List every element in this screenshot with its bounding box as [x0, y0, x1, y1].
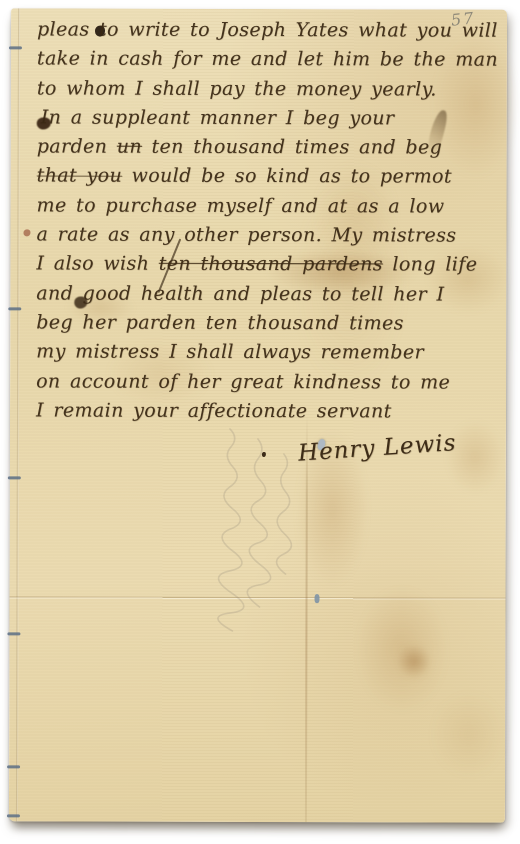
letter-text: and good health and pleas to tell her I: [36, 282, 444, 305]
letter-line: In a suppleant manner I beg your: [37, 103, 499, 134]
letter-lines: pleas to write to Joseph Yates what you …: [36, 15, 499, 426]
letter-line: I also wish ten thousand pardens long li…: [36, 250, 498, 281]
stitch-mark: [7, 814, 20, 817]
scanned-document-view: 57 pleas to write to Joseph Yates what y…: [0, 0, 520, 844]
letter-text: my mistress I shall always remember: [36, 341, 424, 364]
letter-line: and good health and pleas to tell her I: [36, 279, 498, 310]
letter-text: me to purchase myself and at as a low: [37, 194, 445, 217]
stitch-mark: [8, 307, 21, 310]
letter-line: parden un ten thousand times and beg: [37, 133, 499, 164]
letter-text: parden: [37, 136, 117, 158]
letter-text: to whom I shall pay the money yearly.: [37, 77, 437, 100]
letter-line: pleas to write to Joseph Yates what you …: [37, 15, 499, 46]
struck-text: ten thousand pardens: [159, 253, 383, 276]
letter-text: take in cash for me and let him be the m…: [37, 48, 498, 71]
letter-text: on account of her great kindness to me: [36, 370, 450, 393]
stain: [429, 689, 509, 779]
letter-text: long life: [383, 254, 477, 276]
letter-page: 57 pleas to write to Joseph Yates what y…: [9, 8, 507, 822]
letter-text: would be so kind as to permot: [122, 165, 452, 188]
letter-line: that you would be so kind as to permot: [37, 162, 499, 193]
letter-text: I also wish: [36, 253, 158, 275]
letter-text: beg her parden ten thousand times: [36, 311, 404, 334]
letter-text: I remain your affectionate servant: [36, 399, 392, 422]
stitch-mark: [9, 46, 22, 49]
letter-line: beg her parden ten thousand times: [36, 308, 498, 339]
stitch-mark: [7, 765, 20, 768]
letter-text: pleas to write to Joseph Yates what you …: [37, 18, 498, 41]
letter-line: take in cash for me and let him be the m…: [37, 45, 499, 76]
stain: [397, 644, 431, 678]
letter-text: a rate as any other person. My mistress: [36, 223, 456, 246]
stitch-mark: [7, 632, 20, 635]
letter-line: a rate as any other person. My mistress: [36, 220, 498, 251]
letter-line: to whom I shall pay the money yearly.: [37, 74, 499, 105]
binding-fold-crease: [16, 8, 20, 821]
letter-text: ten thousand times and beg: [142, 136, 442, 159]
struck-text: that you: [37, 165, 123, 187]
letter-line: me to purchase myself and at as a low: [37, 191, 499, 222]
letter-line: I remain your affectionate servant: [36, 396, 498, 427]
ink-blot: [23, 229, 30, 236]
letter-line: my mistress I shall always remember: [36, 338, 498, 369]
letter-text: In a suppleant manner I beg your: [41, 106, 395, 129]
stitch-mark: [8, 476, 21, 479]
stain: [354, 584, 449, 714]
letter-line: on account of her great kindness to me: [36, 367, 498, 398]
struck-text: un: [117, 136, 142, 158]
